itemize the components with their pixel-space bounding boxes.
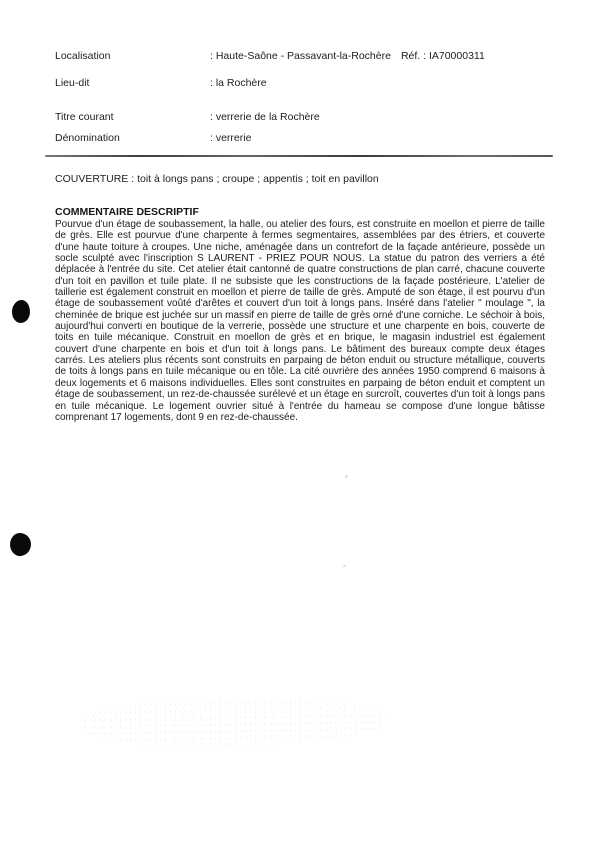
field-ref-number: Réf. : IA70000311 xyxy=(401,50,485,62)
scan-noise-artifact xyxy=(80,695,386,748)
field-row-localisation: Localisation: Haute-Saône - Passavant-la… xyxy=(55,50,555,62)
field-label-lieu-dit: Lieu-dit xyxy=(55,77,210,89)
document-page: Localisation: Haute-Saône - Passavant-la… xyxy=(0,0,595,849)
hole-punch-mark-bottom xyxy=(9,532,32,557)
scan-speck-artifact xyxy=(343,565,346,567)
field-value-localisation: : Haute-Saône - Passavant-la-Rochère xyxy=(210,50,391,62)
field-value-lieu-dit: : la Rochère xyxy=(210,77,267,89)
hole-punch-mark-top xyxy=(11,299,31,323)
field-label-titre-courant: Titre courant xyxy=(55,111,210,123)
field-value-denomination: : verrerie xyxy=(210,132,251,144)
field-label-localisation: Localisation xyxy=(55,50,210,62)
field-label-denomination: Dénomination xyxy=(55,132,210,144)
field-row-denomination: Dénomination: verrerie xyxy=(55,132,555,144)
field-value-titre-courant: : verrerie de la Rochère xyxy=(210,111,320,123)
couverture-line: COUVERTURE : toit à longs pans ; croupe … xyxy=(55,173,555,185)
commentaire-descriptif-heading: COMMENTAIRE DESCRIPTIF xyxy=(55,206,199,218)
commentaire-descriptif-body: Pourvue d'un étage de soubassement, la h… xyxy=(55,219,545,423)
field-row-lieu-dit: Lieu-dit: la Rochère xyxy=(55,77,555,89)
section-divider-line xyxy=(45,155,553,157)
field-row-titre-courant: Titre courant: verrerie de la Rochère xyxy=(55,111,555,123)
scan-speck-artifact xyxy=(345,475,348,478)
